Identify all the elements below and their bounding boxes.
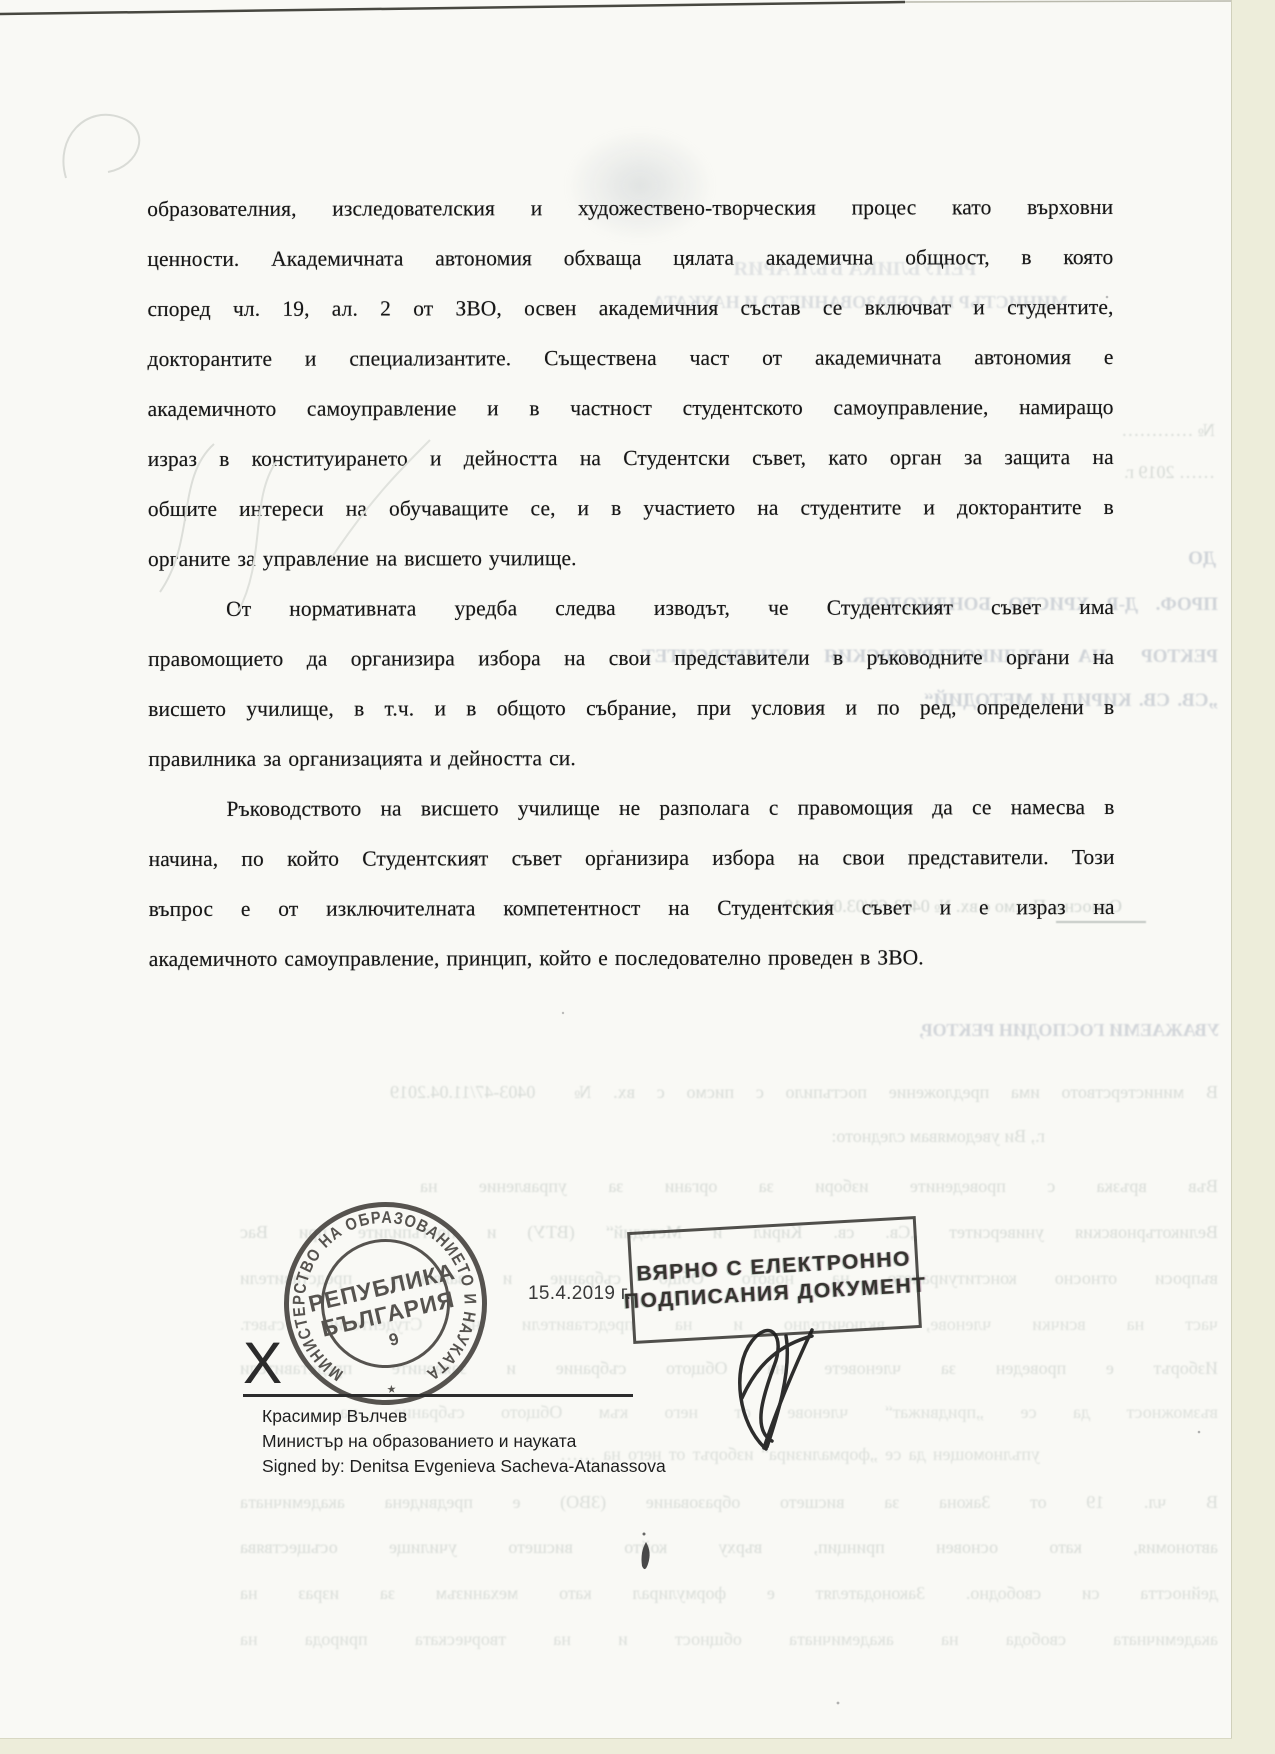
pencil-mark <box>63 115 139 178</box>
pen-signature <box>740 1330 812 1449</box>
signature-date: 15.4.2019 г. <box>528 1283 631 1305</box>
body-text-line: израз в конституирането и дейността на С… <box>148 432 1114 484</box>
bleedthrough-line: автономия, като основен принцип, върху к… <box>240 1537 1218 1558</box>
body-text-line: академичното самоуправление и в частност… <box>148 382 1114 434</box>
bleedthrough-line: академичната свобода на академичната общ… <box>240 1629 1218 1650</box>
bleedthrough-salutation: УВАЖАЕМИ ГОСПОДИН РЕКТОР, <box>876 1020 1220 1041</box>
ink-speck <box>562 1012 564 1014</box>
electronic-signature-stamp: ВЯРНО С ЕЛЕКТРОННО ПОДПИСАНИЯ ДОКУМЕНТ <box>627 1216 922 1344</box>
signer-title: Министър на образованието и науката <box>262 1431 576 1452</box>
body-text-line: Ръководството на висшето училище не разп… <box>148 782 1114 834</box>
body-text-line: според чл. 19, ал. 2 от ЗВО, освен акаде… <box>147 282 1113 334</box>
body-text-line: органите за управление на висшето училищ… <box>148 532 1114 584</box>
body-text-line: правомощието да организира избора на сво… <box>148 632 1114 684</box>
body-text-line: От нормативната уредба следва изводът, ч… <box>148 582 1114 634</box>
signer-name: Красимир Вълчев <box>262 1406 407 1427</box>
scanner-edge-bottom <box>0 1738 1232 1754</box>
signed-by-label: Signed by: Denitsa Evgenieva Sacheva-Ata… <box>262 1456 666 1477</box>
ink-speck <box>643 1533 646 1536</box>
bleedthrough-addressee: ДО <box>1146 548 1216 570</box>
seal-number: 9 <box>387 1329 401 1350</box>
body-text-line: правилника за организацията и дейността … <box>148 732 1114 784</box>
bleedthrough-line: дейността си свободно. Законодателят е ф… <box>240 1583 1218 1604</box>
ink-speck <box>1198 1431 1201 1434</box>
scanned-letter-page: РЕПУБЛИКА БЪЛГАРИЯ МИНИСТЪР НА ОБРАЗОВАН… <box>0 0 1275 1754</box>
body-text-line: общите интереси на обучаващите се, и в у… <box>148 482 1114 534</box>
bleedthrough-line: В министерството има предложение постъпи… <box>390 1082 1218 1103</box>
body-text-line: ценности. Академичната автономия обхваща… <box>147 232 1113 284</box>
ministry-round-seal: МИНИСТЕРСТВО НА ОБРАЗОВАНИЕТО И НАУКАТА … <box>278 1196 493 1411</box>
bleedthrough-line: В чл. 19 от Закона за висшето образовани… <box>240 1492 1218 1513</box>
bleedthrough-line: г., Ви уведомявам следното: <box>845 1126 1045 1147</box>
body-text-line: образователния, изследователския и худож… <box>147 182 1113 234</box>
scan-edge-line <box>905 1 1232 2</box>
signature-x-mark: X <box>243 1330 282 1397</box>
signature-line <box>243 1394 633 1397</box>
body-text-line: докторантите и специализантите. Съществе… <box>147 332 1113 384</box>
bleedthrough-line: Във връзка с проведените избори за орган… <box>420 1176 1218 1197</box>
letter-body: образователния, изследователския и худож… <box>147 182 1115 984</box>
body-text-line: въпрос е от изключителната компетентност… <box>149 882 1115 934</box>
scanner-edge-right <box>1231 0 1275 1754</box>
body-text-line: академичното самоуправление, принцип, ко… <box>149 932 1115 984</box>
body-text-line: начина, по който Студентският съвет орга… <box>149 832 1115 884</box>
scan-edge-line <box>0 2 905 14</box>
body-text-line: висшето училище, в т.ч. и в общото събра… <box>148 682 1114 734</box>
ink-speck <box>837 1702 840 1705</box>
